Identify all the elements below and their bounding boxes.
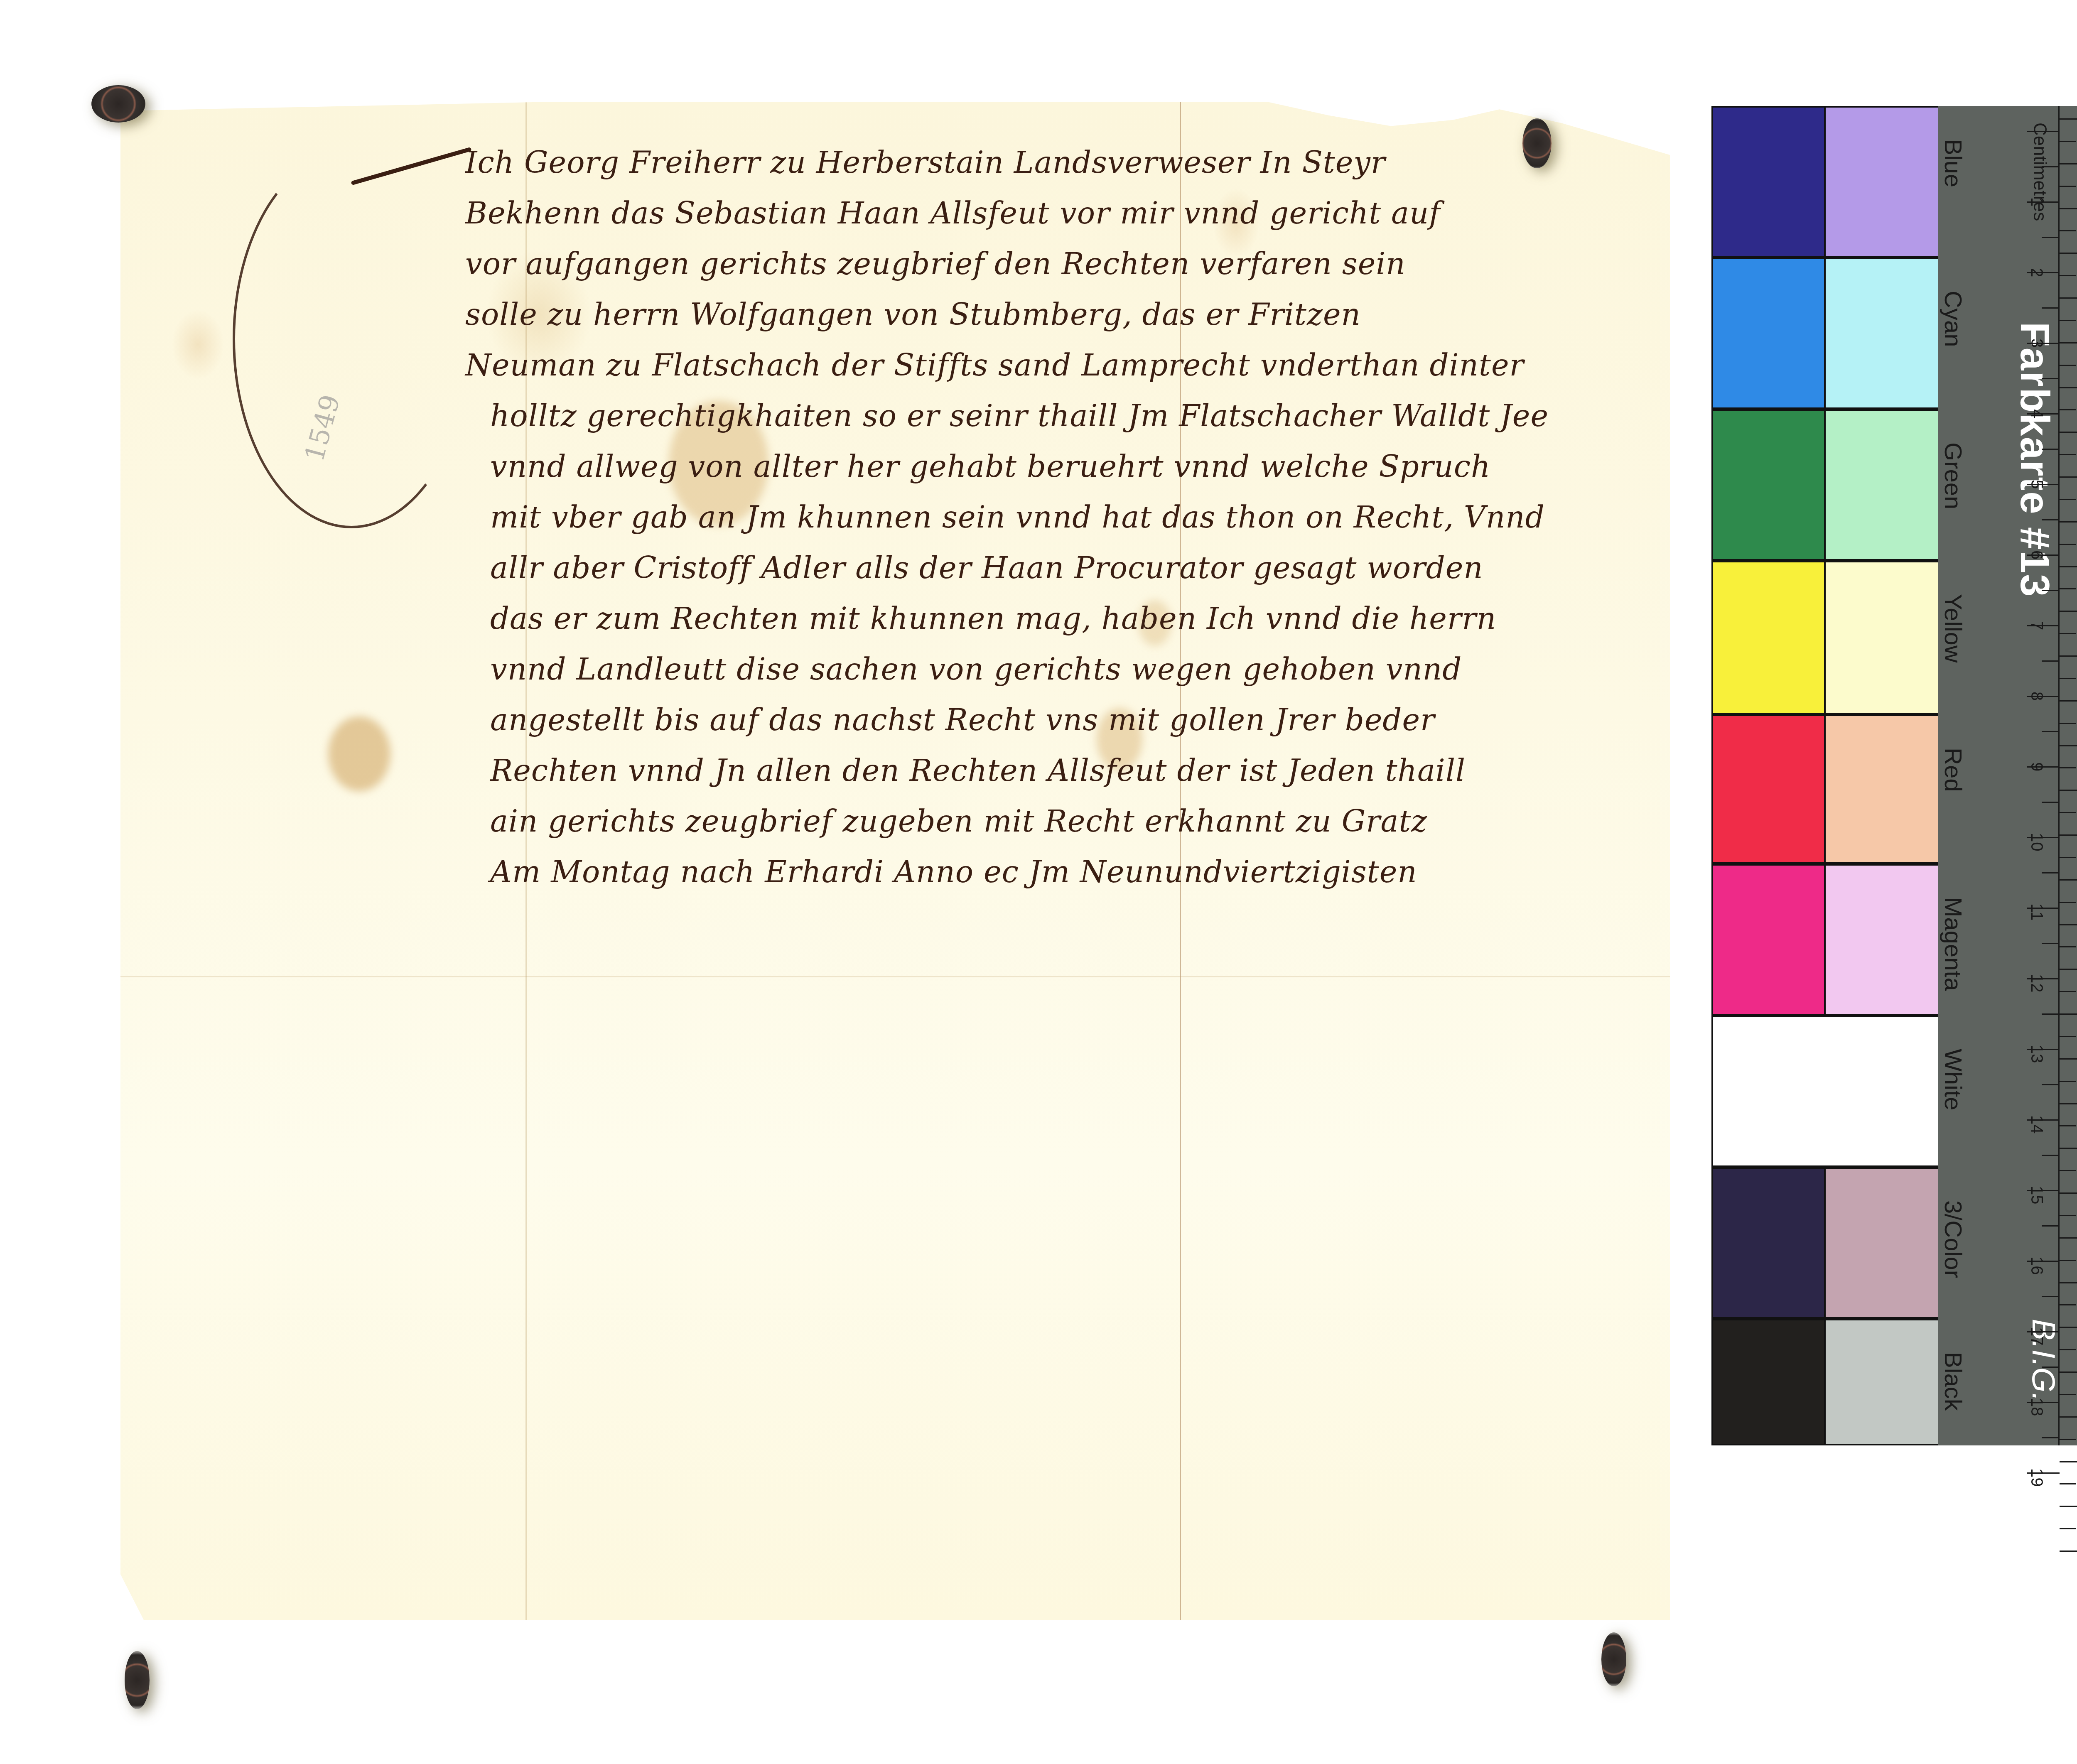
inch-tick xyxy=(2060,1506,2077,1507)
inch-tick xyxy=(2060,141,2076,142)
color-patch-green-light xyxy=(1824,409,1940,561)
color-patch-blue-light xyxy=(1824,106,1940,258)
inch-tick xyxy=(2060,700,2077,702)
inch-tick xyxy=(2060,1483,2076,1484)
cm-number: 19 xyxy=(2027,1468,2046,1487)
inch-tick xyxy=(2060,297,2077,299)
inch-tick xyxy=(2060,879,2077,881)
inch-tick xyxy=(2060,118,2077,120)
text-line: das er zum Rechten mit khunnen mag, habe… xyxy=(465,593,1620,644)
color-patch-3-color-light xyxy=(1824,1167,1940,1319)
patch-label: Black xyxy=(1939,1352,1967,1411)
color-patch-red-light xyxy=(1824,714,1940,864)
inch-tick xyxy=(2060,342,2077,343)
cm-tick xyxy=(2042,1367,2058,1368)
cm-tick xyxy=(2042,1225,2058,1227)
cm-number: 13 xyxy=(2027,1045,2046,1063)
text-line: vnnd Landleutt dise sachen von gerichts … xyxy=(465,644,1620,694)
cm-number: 3 xyxy=(2027,339,2046,348)
inch-tick xyxy=(2060,1192,2077,1194)
cm-tick xyxy=(2042,1084,2058,1085)
cm-tick xyxy=(2042,307,2058,309)
manuscript-text: Ich Georg Freiherr zu Herberstain Landsv… xyxy=(465,137,1620,897)
inch-tick xyxy=(2060,1215,2076,1216)
ruler-axis xyxy=(2058,106,2060,1445)
inch-tick xyxy=(2060,208,2077,209)
text-line: Bekhenn das Sebastian Haan Allsfeut vor … xyxy=(465,188,1620,238)
inch-tick xyxy=(2060,387,2077,388)
cm-number: 8 xyxy=(2027,692,2046,701)
inch-tick xyxy=(2060,1148,2077,1149)
inches-label: Inches xyxy=(2075,123,2077,177)
inch-tick xyxy=(2060,454,2076,455)
text-line: Rechten vnnd Jn allen den Rechten Allsfe… xyxy=(465,745,1620,796)
text-line: holltz gerechtigkhaiten so er seinr thai… xyxy=(465,390,1620,441)
patch-label: 3/Color xyxy=(1939,1200,1967,1278)
patch-label: Magenta xyxy=(1939,897,1967,991)
cm-tick xyxy=(2042,166,2058,167)
patch-label: Cyan xyxy=(1939,291,1967,347)
inch-tick xyxy=(2060,409,2076,410)
inch-tick xyxy=(2060,946,2076,947)
text-line: Neuman zu Flatschach der Stiffts sand La… xyxy=(465,340,1620,390)
cm-number: 2 xyxy=(2027,268,2046,277)
inch-tick xyxy=(2060,902,2076,903)
cm-number: 18 xyxy=(2027,1398,2046,1416)
text-line: allr aber Cristoff Adler alls der Haan P… xyxy=(465,542,1620,593)
inch-tick xyxy=(2060,230,2076,231)
patch-label: Red xyxy=(1939,748,1967,792)
text-line: vnnd allweg von allter her gehabt berueh… xyxy=(465,441,1620,492)
cm-number: 12 xyxy=(2027,974,2046,993)
inch-tick xyxy=(2060,1327,2077,1328)
color-patch-3-color-dark xyxy=(1711,1167,1826,1319)
patch-label: Blue xyxy=(1939,139,1967,187)
cm-number: 16 xyxy=(2027,1256,2046,1275)
cm-tick xyxy=(2042,449,2058,450)
color-patch-red-dark xyxy=(1711,714,1826,864)
text-line: Am Montag nach Erhardi Anno ec Jm Neunun… xyxy=(465,846,1620,897)
cm-tick xyxy=(2042,590,2058,591)
inch-tick xyxy=(2060,1260,2076,1261)
text-line: mit vber gab an Jm khunnen sein vnnd hat… xyxy=(465,492,1620,542)
inch-tick xyxy=(2060,521,2077,523)
cm-number: 6 xyxy=(2027,550,2046,559)
inch-tick xyxy=(2060,163,2077,164)
inch-tick xyxy=(2060,991,2076,992)
stain xyxy=(328,716,390,791)
cm-tick xyxy=(2042,378,2058,379)
cm-tick xyxy=(2042,1437,2058,1438)
inch-tick xyxy=(2060,544,2076,545)
color-patch-magenta-dark xyxy=(1711,864,1826,1016)
inch-tick xyxy=(2060,1081,2076,1082)
inch-tick xyxy=(2060,1528,2076,1529)
inch-tick xyxy=(2060,812,2076,813)
inch-tick xyxy=(2060,588,2076,589)
color-patch-yellow-dark xyxy=(1711,561,1826,714)
color-patch-cyan-dark xyxy=(1711,258,1826,409)
color-patch-white xyxy=(1711,1016,1940,1167)
color-patch-green-dark xyxy=(1711,409,1826,561)
inch-tick xyxy=(2060,499,2076,500)
cm-number: 15 xyxy=(2027,1186,2046,1205)
inch-tick xyxy=(2060,857,2076,858)
mounting-pin-bottom-right xyxy=(1601,1632,1626,1686)
inch-tick xyxy=(2060,1237,2077,1239)
color-patch-black-light xyxy=(1824,1319,1940,1445)
text-line: angestellt bis auf das nachst Recht vns … xyxy=(465,694,1620,745)
cm-number: 5 xyxy=(2027,480,2046,489)
text-line: vor aufgangen gerichts zeugbrief den Rec… xyxy=(465,238,1620,289)
inch-tick xyxy=(2060,633,2076,634)
inch-tick xyxy=(2060,1282,2077,1283)
fold-line xyxy=(120,976,1670,977)
text-line: Ich Georg Freiherr zu Herberstain Landsv… xyxy=(465,137,1620,188)
inch-tick xyxy=(2060,1461,2077,1462)
inch-tick xyxy=(2060,186,2076,187)
color-patch-yellow-light xyxy=(1824,561,1940,714)
patch-label: White xyxy=(1939,1049,1967,1110)
cm-tick xyxy=(2042,1155,2058,1156)
color-patch-cyan-light xyxy=(1824,258,1940,409)
text-line: ain gerichts zeugbrief zugeben mit Recht… xyxy=(465,796,1620,846)
inch-tick xyxy=(2060,253,2077,254)
inch-tick xyxy=(2060,566,2077,567)
inch-tick xyxy=(2060,1170,2076,1171)
inch-tick xyxy=(2060,1416,2077,1418)
inch-tick xyxy=(2060,365,2076,366)
cm-number: 11 xyxy=(2027,903,2046,921)
cm-tick xyxy=(2042,731,2058,732)
inch-tick xyxy=(2060,834,2077,836)
cm-tick xyxy=(2042,872,2058,873)
inch-tick xyxy=(2060,678,2076,679)
inch-tick xyxy=(2060,320,2076,321)
inch-tick xyxy=(2060,969,2077,970)
inch-tick xyxy=(2060,1551,2077,1552)
cm-number: 1 xyxy=(2027,197,2046,206)
inch-tick xyxy=(2060,611,2077,612)
inch-tick xyxy=(2060,432,2077,433)
color-calibration-chart: Inches Centimetres Farbkarte #13 B.I.G. … xyxy=(1711,106,2077,1445)
inch-tick xyxy=(2060,790,2077,791)
cm-tick xyxy=(2042,802,2058,803)
cm-tick xyxy=(2042,1013,2058,1015)
inch-tick xyxy=(2060,1013,2077,1015)
mounting-pin-bottom-left xyxy=(125,1651,150,1709)
cm-number: 7 xyxy=(2027,621,2046,630)
ruler-strip: Inches Centimetres Farbkarte #13 B.I.G. … xyxy=(1938,106,2077,1445)
inch-tick xyxy=(2060,1103,2077,1104)
inch-tick xyxy=(2060,723,2076,724)
cm-tick xyxy=(2027,131,2060,132)
inch-tick xyxy=(2060,1349,2076,1350)
cm-number: 4 xyxy=(2027,409,2046,418)
inch-tick xyxy=(2060,1304,2076,1305)
inch-tick xyxy=(2060,767,2076,768)
cm-number: 10 xyxy=(2027,833,2046,851)
cm-number: 14 xyxy=(2027,1115,2046,1134)
inch-tick xyxy=(2060,924,2077,925)
cm-tick xyxy=(2042,1296,2058,1297)
inch-tick xyxy=(2060,1058,2077,1060)
decorative-initial-flourish xyxy=(233,150,470,528)
inch-tick xyxy=(2060,476,2077,478)
color-patch-blue-dark xyxy=(1711,106,1826,258)
inch-tick xyxy=(2060,1125,2076,1126)
patch-label: Yellow xyxy=(1939,594,1967,663)
inch-tick xyxy=(2060,275,2076,276)
inch-tick xyxy=(2060,1371,2077,1373)
color-patch-black-dark xyxy=(1711,1319,1826,1445)
cm-tick xyxy=(2042,519,2058,520)
cm-tick xyxy=(2042,237,2058,238)
inch-tick xyxy=(2060,655,2077,657)
color-patch-magenta-light xyxy=(1824,864,1940,1016)
patch-label: Green xyxy=(1939,442,1967,509)
text-line: solle zu herrn Wolfgangen von Stubmberg,… xyxy=(465,289,1620,340)
inch-tick xyxy=(2060,1439,2076,1440)
inch-tick xyxy=(2060,745,2077,746)
inch-tick xyxy=(2060,1394,2076,1395)
cm-tick xyxy=(2042,660,2058,662)
scanned-page: 1549 Ich Georg Freiherr zu Herberstain L… xyxy=(0,0,2077,1764)
cm-tick xyxy=(2042,943,2058,944)
cm-number: 9 xyxy=(2027,762,2046,771)
cm-number: 17 xyxy=(2027,1327,2046,1346)
inch-tick xyxy=(2060,1036,2076,1037)
mounting-pin-top-left xyxy=(91,85,145,123)
